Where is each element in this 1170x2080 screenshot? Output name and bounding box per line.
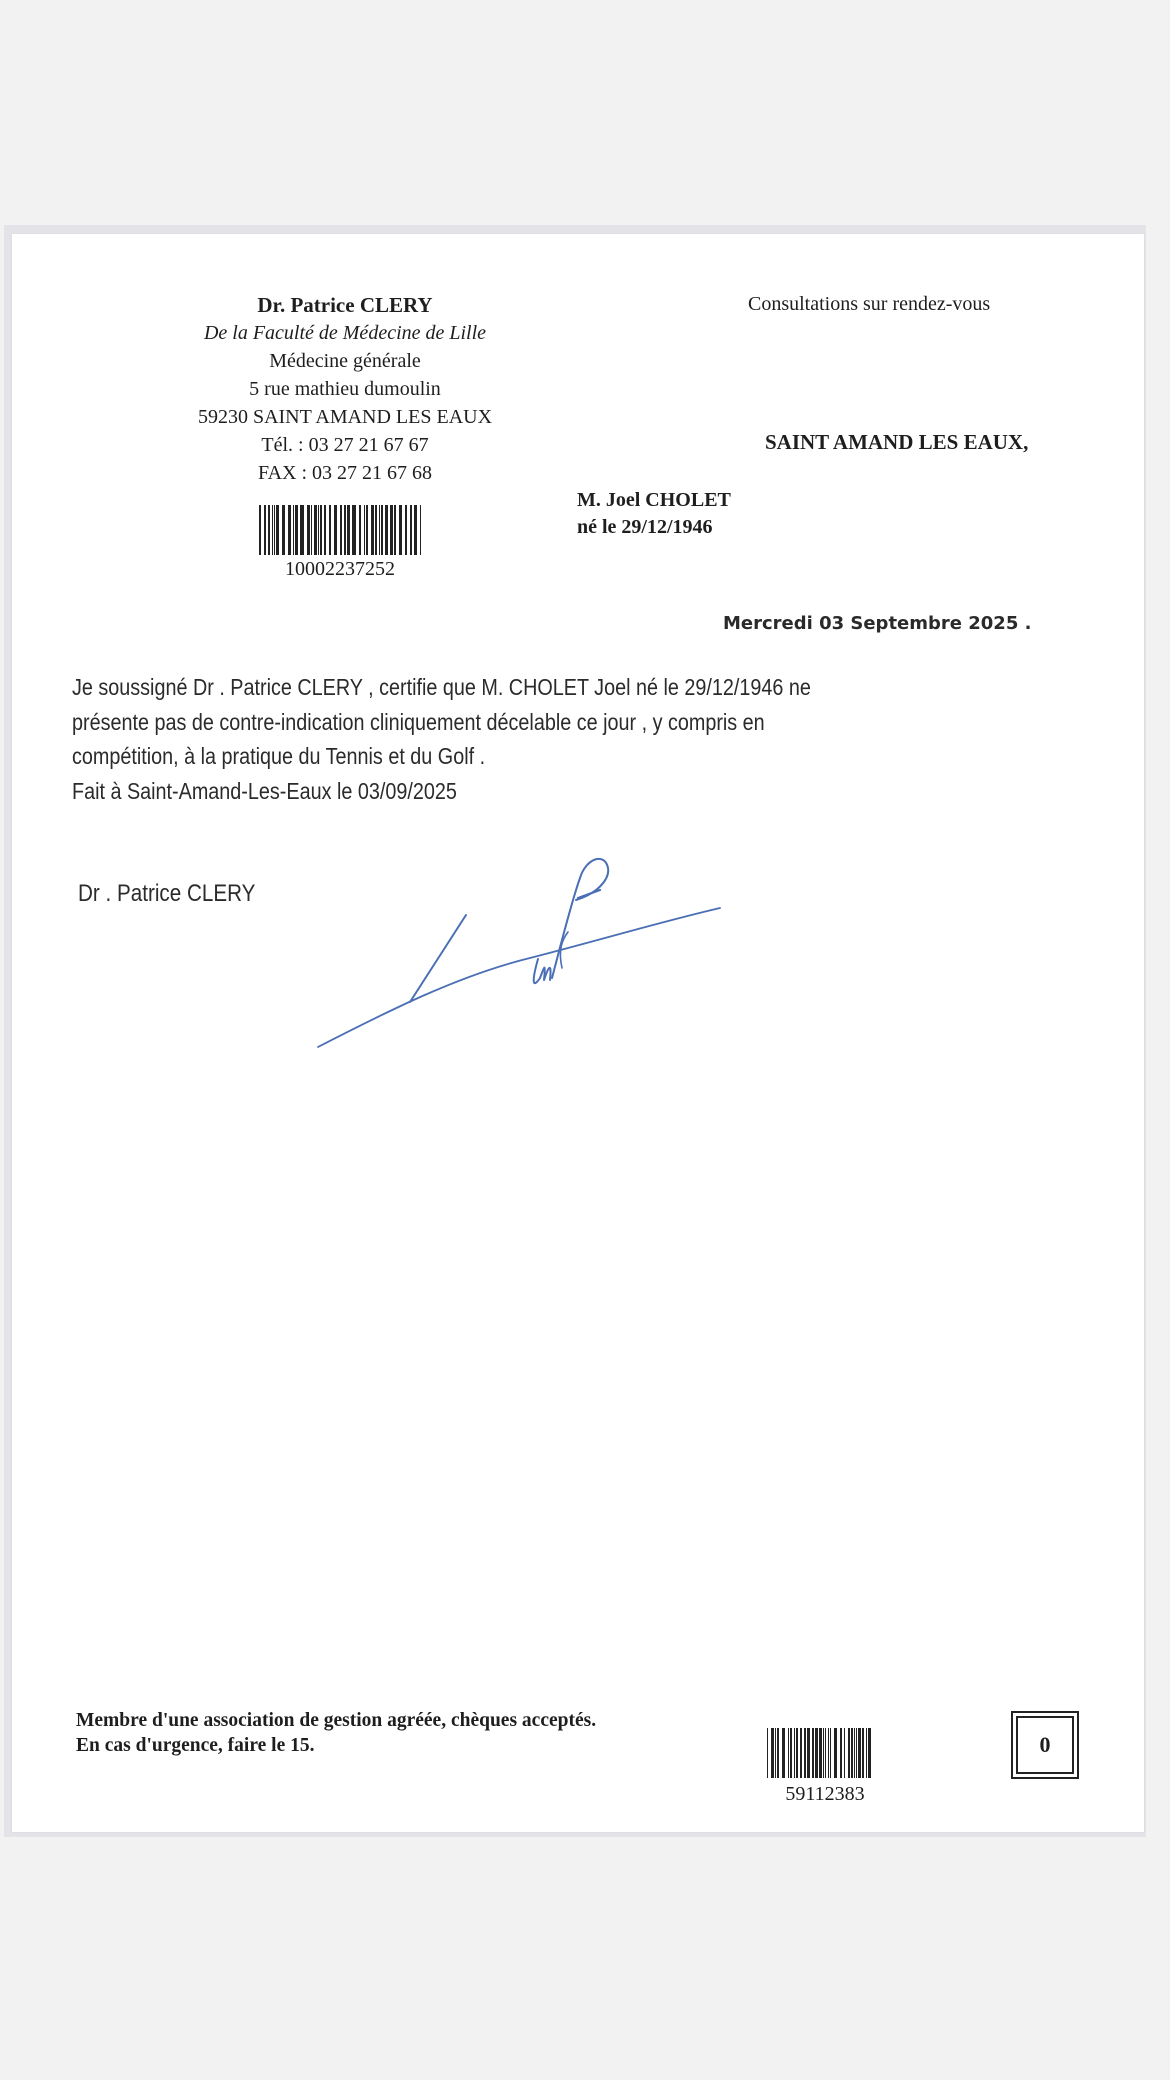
patient-name: M. Joel CHOLET (577, 487, 731, 514)
doctor-barcode (259, 505, 422, 555)
footer-barcode-number: 59112383 (760, 1783, 890, 1806)
body-line: Je soussigné Dr . Patrice CLERY , certif… (72, 670, 846, 705)
body-line: Fait à Saint-Amand-Les-Eaux le 03/09/202… (72, 774, 846, 809)
body-line: présente pas de contre-indication cliniq… (72, 705, 846, 740)
consultations-note: Consultations sur rendez-vous (748, 293, 990, 316)
doctor-name: Dr. Patrice CLERY (145, 291, 545, 319)
doctor-street: 5 rue mathieu dumoulin (145, 375, 545, 403)
handwritten-signature (300, 840, 740, 1060)
doctor-phone: Tél. : 03 27 21 67 67 (145, 431, 545, 459)
footer-emergency: En cas d'urgence, faire le 15. (76, 1733, 596, 1758)
doctor-specialty: Médecine générale (145, 347, 545, 375)
footer-notes: Membre d'une association de gestion agré… (76, 1708, 596, 1758)
body-line: compétition, à la pratique du Tennis et … (72, 739, 846, 774)
doctor-letterhead: Dr. Patrice CLERY De la Faculté de Médec… (145, 291, 545, 487)
doctor-fax: FAX : 03 27 21 67 68 (145, 459, 545, 487)
doctor-city: 59230 SAINT AMAND LES EAUX (145, 403, 545, 431)
document-date: Mercredi 03 Septembre 2025 . (723, 613, 1031, 634)
counter-box: 0 (1011, 1711, 1079, 1779)
patient-birth: né le 29/12/1946 (577, 514, 731, 541)
doctor-barcode-number: 10002237252 (240, 558, 440, 581)
footer-barcode (767, 1728, 883, 1778)
counter-value: 0 (1016, 1716, 1074, 1774)
location-city: SAINT AMAND LES EAUX, (765, 430, 1028, 455)
certificate-body: Je soussigné Dr . Patrice CLERY , certif… (72, 670, 846, 808)
footer-association: Membre d'une association de gestion agré… (76, 1708, 596, 1733)
signatory-name: Dr . Patrice CLERY (78, 880, 255, 908)
doctor-faculty: De la Faculté de Médecine de Lille (145, 319, 545, 347)
patient-block: M. Joel CHOLET né le 29/12/1946 (577, 487, 731, 541)
